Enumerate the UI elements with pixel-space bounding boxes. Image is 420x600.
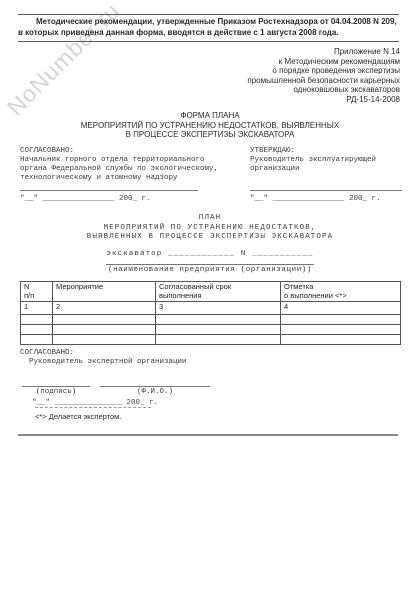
empty-cell	[281, 335, 401, 345]
header-note: Методические рекомендации, утвержденные …	[18, 14, 399, 42]
table-header-num: N п/п	[21, 282, 53, 302]
plan-title-line: ВЫЯВЛЕННЫХ В ПРОЦЕССЕ ЭКСПЕРТИЗЫ ЭКСКАВА…	[0, 233, 420, 243]
approval-right-date-line: "__" ________________ 200_ г.	[250, 195, 406, 204]
plan-title-line: ПЛАН	[0, 214, 420, 224]
organization-name-line	[106, 264, 314, 265]
agreed-title: СОГЛАСОВАНО:	[20, 349, 210, 358]
empty-cell	[21, 315, 53, 325]
agreed-signature-lines	[20, 378, 210, 387]
appendix-line: промышленной безопасности карьерных	[247, 76, 400, 86]
empty-cell	[53, 325, 156, 335]
fio-line	[100, 386, 210, 387]
appendix-doc-number: РД-15-14-2008	[247, 95, 400, 105]
plan-title-block: ПЛАН МЕРОПРИЯТИЙ ПО УСТРАНЕНИЮ НЕДОСТАТК…	[0, 214, 420, 276]
form-title-line: МЕРОПРИЯТИЙ ПО УСТРАНЕНИЮ НЕДОСТАТКОВ, В…	[0, 121, 420, 131]
empty-cell	[21, 335, 53, 345]
appendix-line: одноковшовых экскаваторов	[247, 85, 400, 95]
empty-cell	[281, 315, 401, 325]
document-page: Методические рекомендации, утвержденные …	[0, 0, 420, 600]
column-number-cell: 4	[281, 302, 401, 315]
empty-cell	[53, 335, 156, 345]
signature-caption: (подпись)	[22, 388, 90, 397]
excavator-blank-line: экскаватор ____________ N ___________	[0, 250, 420, 260]
empty-cell	[156, 335, 281, 345]
approval-right-title: УТВЕРЖДАЮ:	[250, 147, 406, 156]
form-title-line: ФОРМА ПЛАНА	[0, 111, 420, 121]
approval-left-block: СОГЛАСОВАНО: Начальник горного отдела те…	[20, 147, 238, 204]
bottom-divider	[18, 434, 398, 436]
approval-left-title: СОГЛАСОВАНО:	[20, 147, 238, 156]
table-empty-row	[21, 335, 401, 345]
table-header-row: N п/п Мероприятие Согласованный срок вып…	[21, 282, 401, 302]
empty-cell	[156, 325, 281, 335]
column-number-cell: 2	[53, 302, 156, 315]
signature-line	[22, 386, 90, 387]
approval-right-line: Руководитель эксплуатирующей	[250, 156, 406, 165]
agreed-block: СОГЛАСОВАНО: Руководитель экспертной орг…	[20, 349, 210, 408]
footnote-block: <*> Делается экспертом.	[35, 407, 151, 421]
approval-left-signature-line	[20, 190, 198, 191]
plan-title-line: МЕРОПРИЯТИЙ ПО УСТРАНЕНИЮ НЕДОСТАТКОВ,	[0, 224, 420, 234]
table-header-deadline: Согласованный срок выполнения	[156, 282, 281, 302]
approval-left-line: органа Федеральной службы по экологическ…	[20, 165, 238, 174]
empty-cell	[21, 325, 53, 335]
form-title-line: В ПРОЦЕССЕ ЭКСПЕРТИЗЫ ЭКСКАВАТОРА	[0, 130, 420, 140]
appendix-block: Приложение N 14 к Методическим рекоменда…	[247, 47, 400, 105]
approval-left-line: Начальник горного отдела территориальног…	[20, 156, 238, 165]
table-empty-row	[21, 325, 401, 335]
empty-cell	[53, 315, 156, 325]
appendix-line: к Методическим рекомендациям	[247, 57, 400, 67]
footnote-separator	[35, 407, 151, 408]
column-number-cell: 3	[156, 302, 281, 315]
appendix-line: о порядке проведения экспертизы	[247, 66, 400, 76]
form-title: ФОРМА ПЛАНА МЕРОПРИЯТИЙ ПО УСТРАНЕНИЮ НЕ…	[0, 111, 420, 140]
footnote-text: <*> Делается экспертом.	[35, 412, 151, 421]
empty-cell	[156, 315, 281, 325]
approval-right-block: УТВЕРЖДАЮ: Руководитель эксплуатирующей …	[250, 147, 406, 204]
empty-cell	[281, 325, 401, 335]
appendix-line: Приложение N 14	[247, 47, 400, 57]
organization-name-caption: (наименование предприятия (организации))	[0, 266, 420, 276]
agreed-role: Руководитель экспертной организации	[29, 358, 210, 367]
measures-table: N п/п Мероприятие Согласованный срок вып…	[20, 281, 401, 345]
approval-left-line: технологическому и атомному надзору	[20, 174, 238, 183]
table-header-completion: Отметка о выполнении <*>	[281, 282, 401, 302]
fio-caption: (Ф.И.О.)	[100, 388, 210, 397]
approval-left-date-line: "__" ________________ 200_ г.	[20, 195, 238, 204]
approval-right-signature-line	[250, 190, 402, 191]
table-empty-row	[21, 315, 401, 325]
table-column-numbers-row: 1 2 3 4	[21, 302, 401, 315]
approval-right-line: организации	[250, 165, 406, 174]
column-number-cell: 1	[21, 302, 53, 315]
table-header-measure: Мероприятие	[53, 282, 156, 302]
